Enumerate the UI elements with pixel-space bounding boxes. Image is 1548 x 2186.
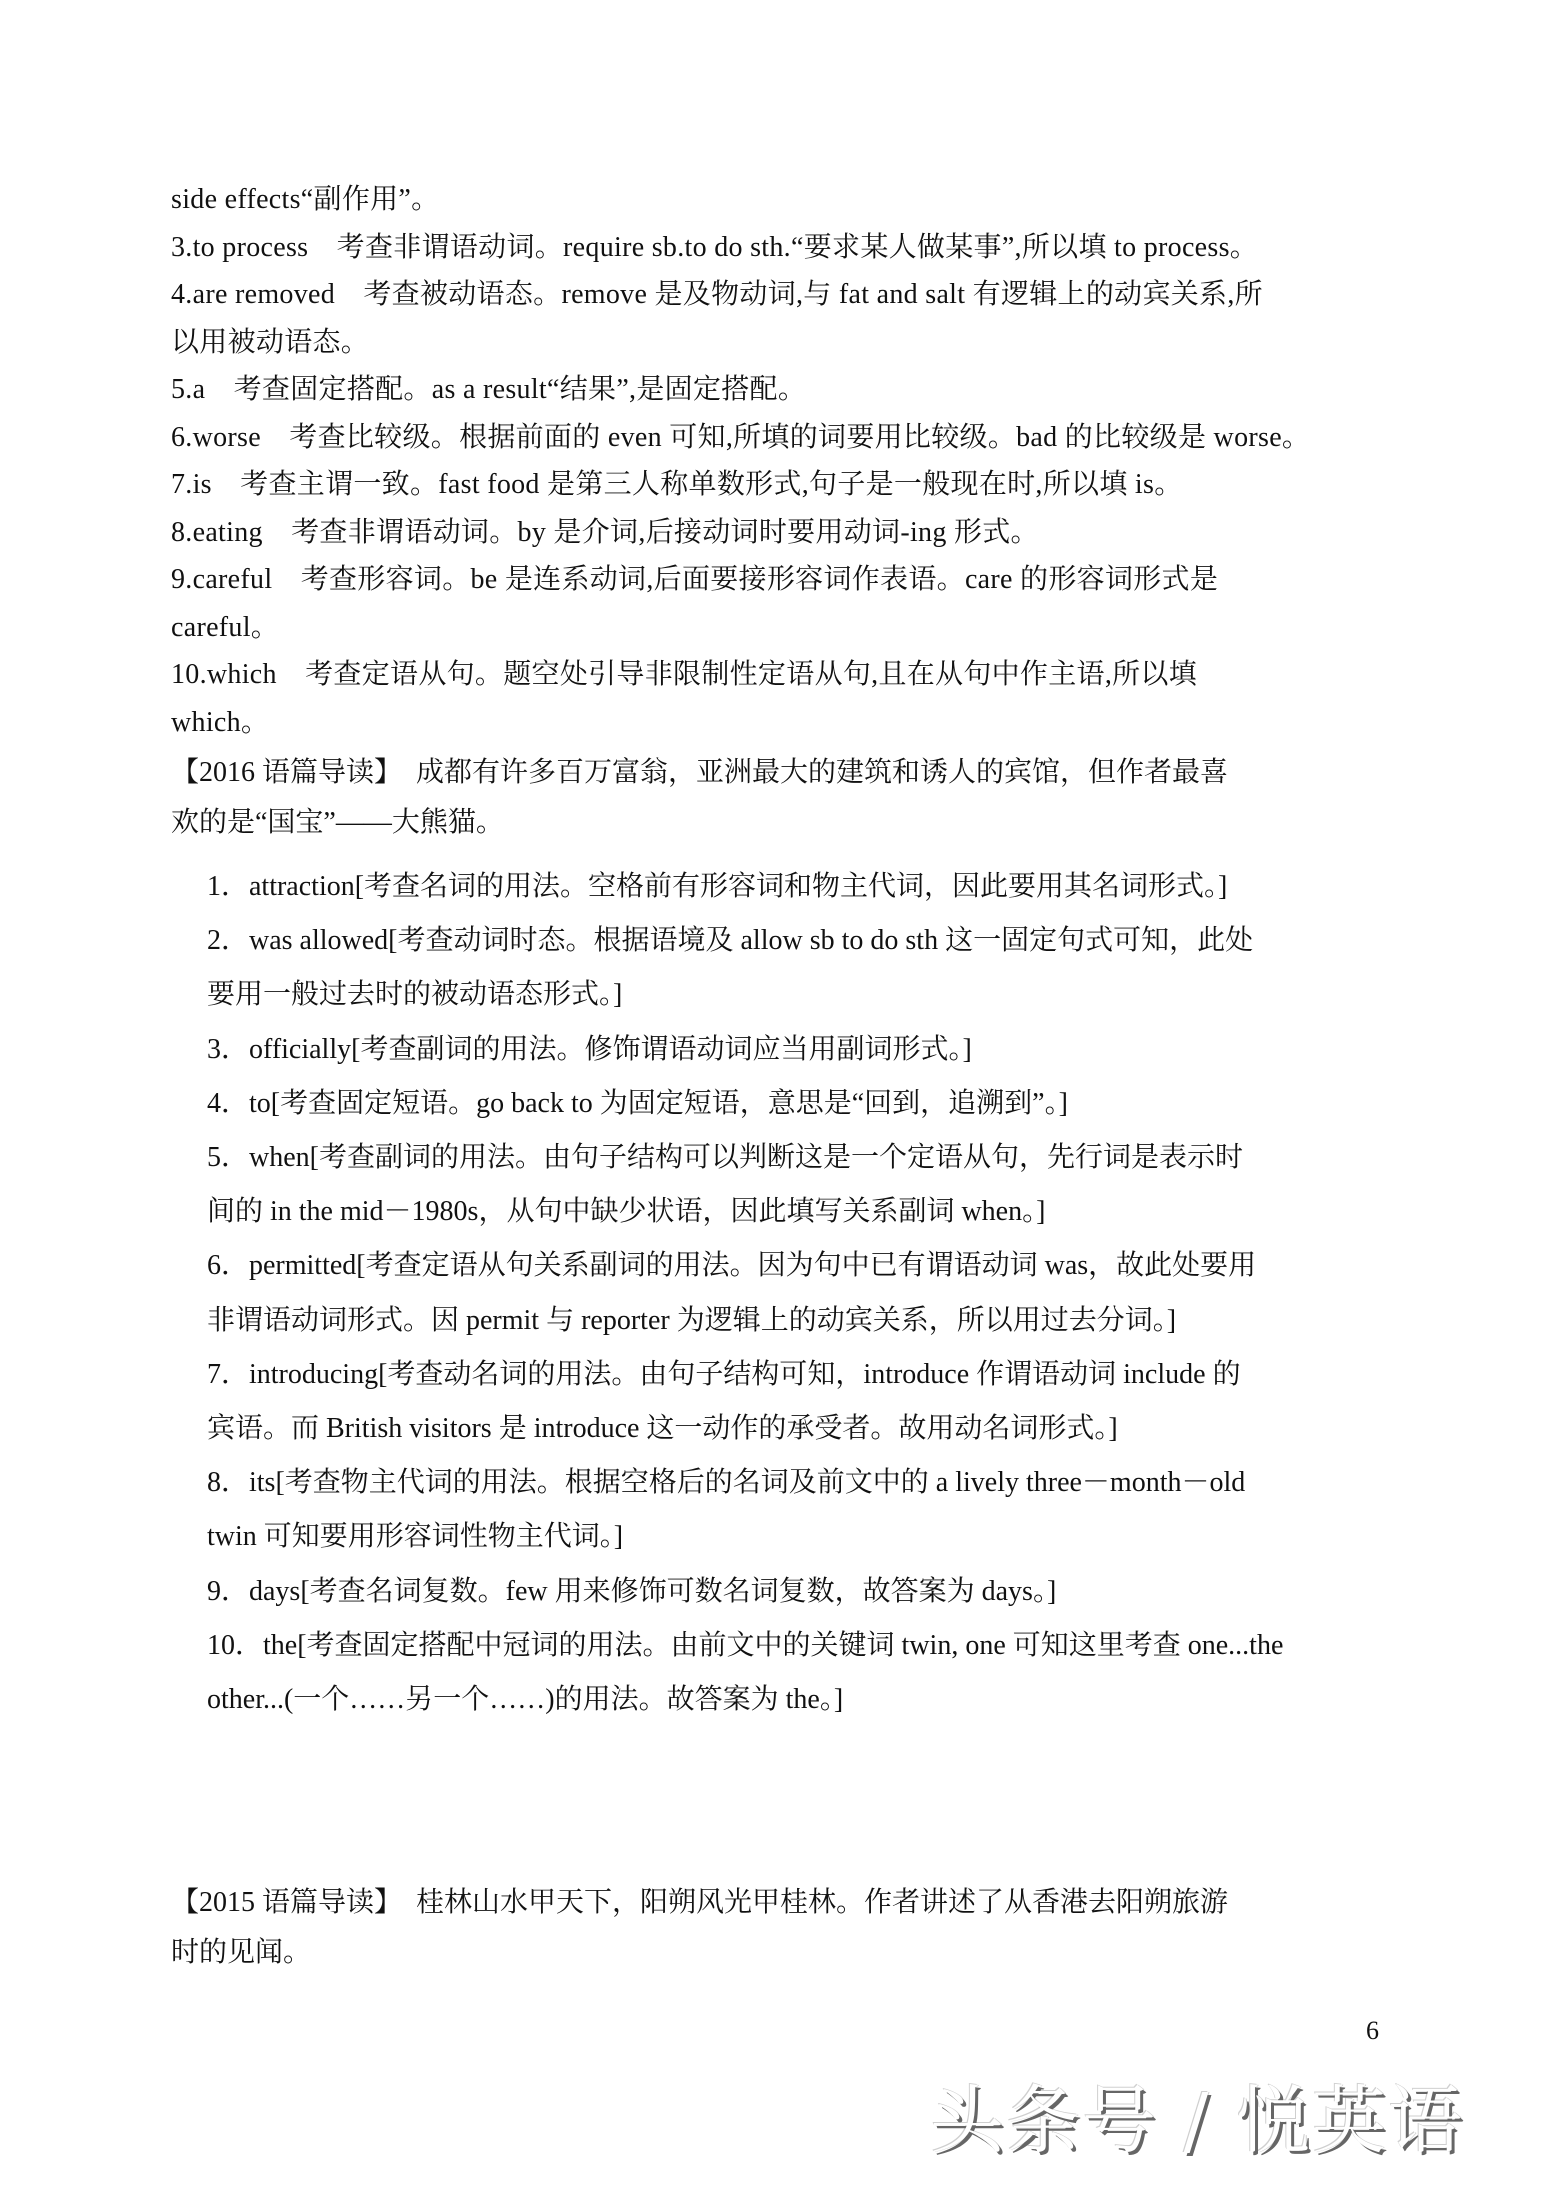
intro-line: 【2015 语篇导读】 桂林山水甲天下，阳朔风光甲桂林。作者讲述了从香港去阳朔旅… (171, 1878, 1387, 1928)
answer-item: 3．officially[考查副词的用法。修饰谓语动词应当用副词形式。] (207, 1023, 1387, 1077)
answer-4: 4.are removed 考查被动语态。remove 是及物动词,与 fat … (171, 271, 1387, 319)
answer-5: 5.a 考查固定搭配。as a result“结果”,是固定搭配。 (171, 366, 1387, 414)
previous-answer-section: side effects“副作用”。 3.to process 考查非谓语动词。… (171, 176, 1387, 746)
answer-item-cont: twin 可知要用形容词性物主代词。] (207, 1510, 1387, 1564)
intro-line: 欢的是“国宝”——大熊猫。 (171, 798, 1387, 848)
section-tag: 【2015 语篇导读】 (171, 1887, 388, 1918)
page-number: 6 (1366, 2016, 1379, 2046)
answer-9-cont: careful。 (171, 604, 1387, 652)
answer-9: 9.careful 考查形容词。be 是连系动词,后面要接形容词作表语。care… (171, 556, 1387, 604)
answer-item: 6．permitted[考查定语从句关系副词的用法。因为句中已有谓语动词 was… (207, 1239, 1387, 1293)
intro-line: 【2016 语篇导读】 成都有许多百万富翁，亚洲最大的建筑和诱人的宾馆，但作者最… (171, 748, 1387, 798)
answer-item-cont: 间的 in the mid－1980s，从句中缺少状语，因此填写关系副词 whe… (207, 1185, 1387, 1239)
answer-item: 5．when[考查副词的用法。由句子结构可以判断这是一个定语从句，先行词是表示时 (207, 1131, 1387, 1185)
answer-item-cont: other...(一个……另一个……)的用法。故答案为 the。] (207, 1673, 1387, 1727)
answer-item-cont: 非谓语动词形式。因 permit 与 reporter 为逻辑上的动宾关系，所以… (207, 1294, 1387, 1348)
section-2015-intro: 【2015 语篇导读】 桂林山水甲天下，阳朔风光甲桂林。作者讲述了从香港去阳朔旅… (171, 1878, 1387, 1978)
watermark: 头条号 / 悦英语 (930, 2062, 1464, 2168)
answer-item: 1．attraction[考查名词的用法。空格前有形容词和物主代词，因此要用其名… (207, 860, 1387, 914)
answer-item: 7．introducing[考查动名词的用法。由句子结构可知，introduce… (207, 1348, 1387, 1402)
answer-item: 8．its[考查物主代词的用法。根据空格后的名词及前文中的 a lively t… (207, 1456, 1387, 1510)
answer-8: 8.eating 考查非谓语动词。by 是介词,后接动词时要用动词-ing 形式… (171, 509, 1387, 557)
text-line: side effects“副作用”。 (171, 176, 1387, 224)
answer-10-cont: which。 (171, 699, 1387, 747)
intro-text: 桂林山水甲天下，阳朔风光甲桂林。作者讲述了从香港去阳朔旅游 (416, 1887, 1228, 1918)
answer-4-cont: 以用被动语态。 (171, 319, 1387, 367)
answer-item: 10．the[考查固定搭配中冠词的用法。由前文中的关键词 twin, one 可… (207, 1619, 1387, 1673)
answer-item: 2．was allowed[考查动词时态。根据语境及 allow sb to d… (207, 914, 1387, 968)
answer-7: 7.is 考查主谓一致。fast food 是第三人称单数形式,句子是一般现在时… (171, 461, 1387, 509)
section-2016-intro: 【2016 语篇导读】 成都有许多百万富翁，亚洲最大的建筑和诱人的宾馆，但作者最… (171, 748, 1387, 848)
intro-text: 成都有许多百万富翁，亚洲最大的建筑和诱人的宾馆，但作者最喜 (416, 757, 1228, 788)
section-2016-answers: 1．attraction[考查名词的用法。空格前有形容词和物主代词，因此要用其名… (207, 860, 1387, 1727)
answer-item-cont: 宾语。而 British visitors 是 introduce 这一动作的承… (207, 1402, 1387, 1456)
answer-item-cont: 要用一般过去时的被动语态形式。] (207, 968, 1387, 1022)
answer-item: 4．to[考查固定短语。go back to 为固定短语，意思是“回到，追溯到”… (207, 1077, 1387, 1131)
answer-6: 6.worse 考查比较级。根据前面的 even 可知,所填的词要用比较级。ba… (171, 414, 1387, 462)
answer-3: 3.to process 考查非谓语动词。require sb.to do st… (171, 224, 1387, 272)
answer-10: 10.which 考查定语从句。题空处引导非限制性定语从句,且在从句中作主语,所… (171, 651, 1387, 699)
answer-item: 9．days[考查名词复数。few 用来修饰可数名词复数，故答案为 days。] (207, 1565, 1387, 1619)
section-tag: 【2016 语篇导读】 (171, 757, 388, 788)
intro-line: 时的见闻。 (171, 1928, 1387, 1978)
